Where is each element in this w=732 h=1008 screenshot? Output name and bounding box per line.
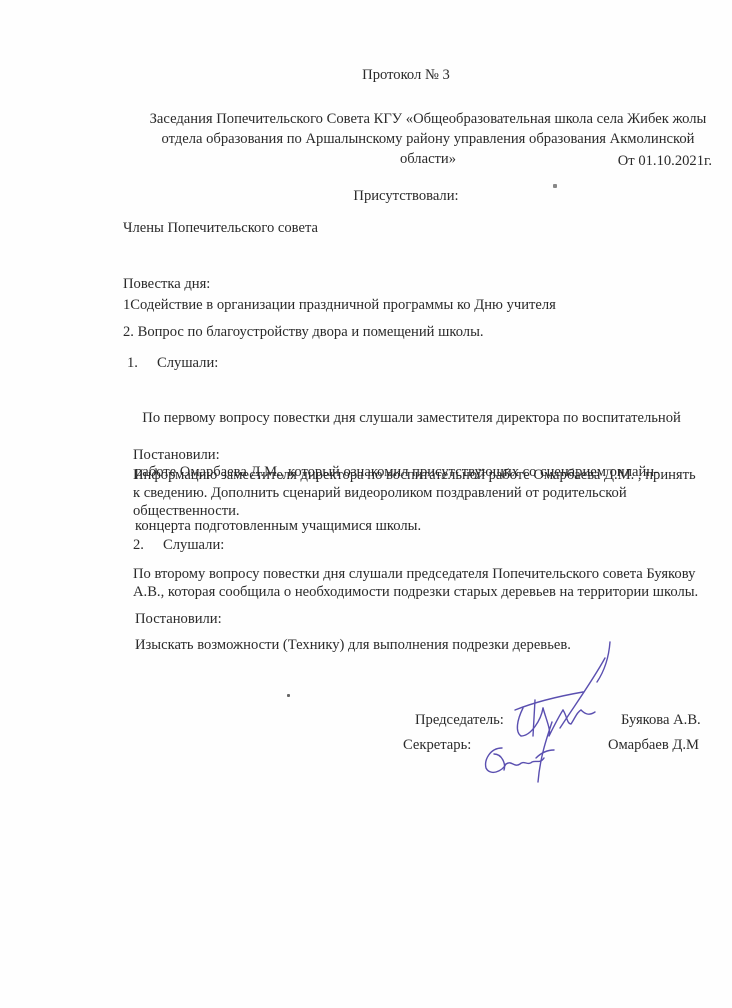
secretary-label: Секретарь: (403, 737, 471, 754)
section-2-heard-text: По второму вопросу повестки дня слушали … (133, 565, 723, 601)
section-2-heard-heading: 2.Слушали: (133, 537, 224, 554)
paragraph-line: Информацию заместителя директора по восп… (133, 466, 708, 484)
secretary-signature-icon (480, 720, 570, 785)
agenda-heading: Повестка дня: (123, 276, 210, 293)
paragraph-line: По первому вопросу повестки дня слушали … (135, 409, 710, 427)
section-number: 2. (133, 537, 163, 554)
organization-line: отдела образования по Аршалынскому район… (118, 129, 732, 149)
present-heading: Присутствовали: (0, 188, 732, 205)
document-title: Протокол № 3 (0, 67, 732, 84)
paragraph-line: общественности. (133, 502, 708, 520)
scan-speck (553, 184, 557, 188)
agenda-item: 2. Вопрос по благоустройству двора и пом… (123, 324, 484, 341)
heard-label: Слушали: (163, 537, 224, 553)
scan-speck (287, 694, 290, 697)
paragraph-line: А.В., которая сообщила о необходимости п… (133, 583, 723, 601)
paragraph-line: к сведению. Дополнить сценарий видеороли… (133, 484, 708, 502)
present-members: Члены Попечительского совета (123, 220, 318, 237)
document-date: От 01.10.2021г. (618, 153, 712, 170)
section-1-resolved-text: Информацию заместителя директора по восп… (133, 466, 708, 520)
section-1-heard-heading: 1.Слушали: (127, 355, 218, 372)
agenda-item: 1Содействие в организации праздничной пр… (123, 297, 556, 314)
document-page: Протокол № 3 Заседания Попечительского С… (0, 0, 732, 1008)
section-number: 1. (127, 355, 157, 372)
section-2-resolved-heading: Постановили: (135, 611, 222, 628)
chair-name: Буякова А.В. (621, 712, 701, 729)
organization-line: Заседания Попечительского Совета КГУ «Об… (118, 109, 732, 129)
section-1-resolved-heading: Постановили: (133, 447, 220, 464)
paragraph-line: По второму вопросу повестки дня слушали … (133, 565, 723, 583)
heard-label: Слушали: (157, 355, 218, 371)
